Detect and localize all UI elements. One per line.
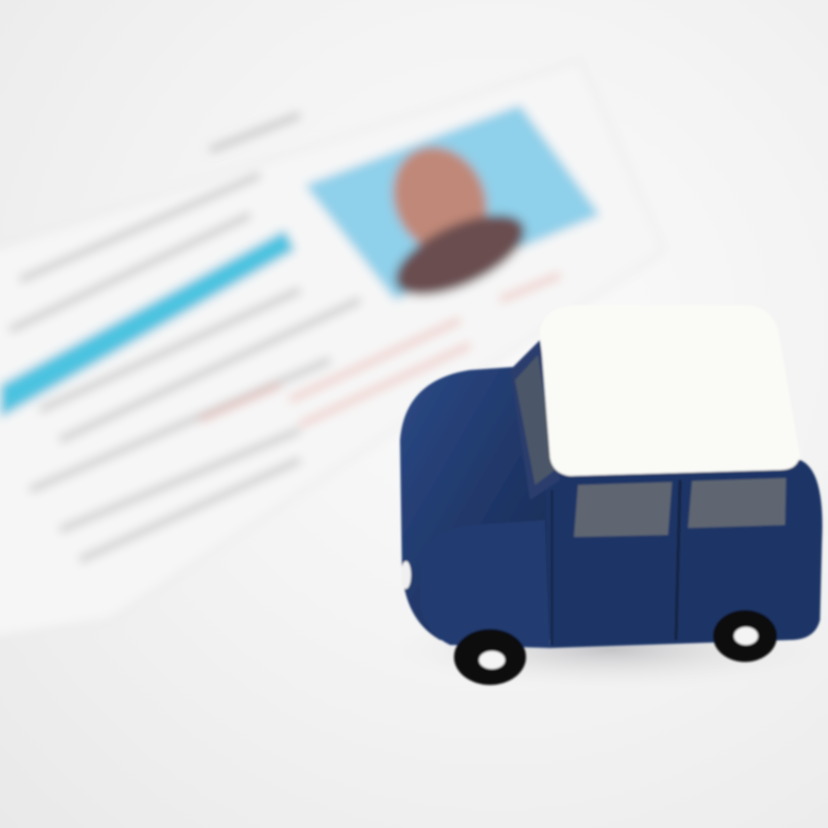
wheel-rear xyxy=(713,610,777,662)
photo-scene xyxy=(0,0,828,828)
photo-illustration xyxy=(0,0,828,828)
wheel-front xyxy=(454,629,526,685)
